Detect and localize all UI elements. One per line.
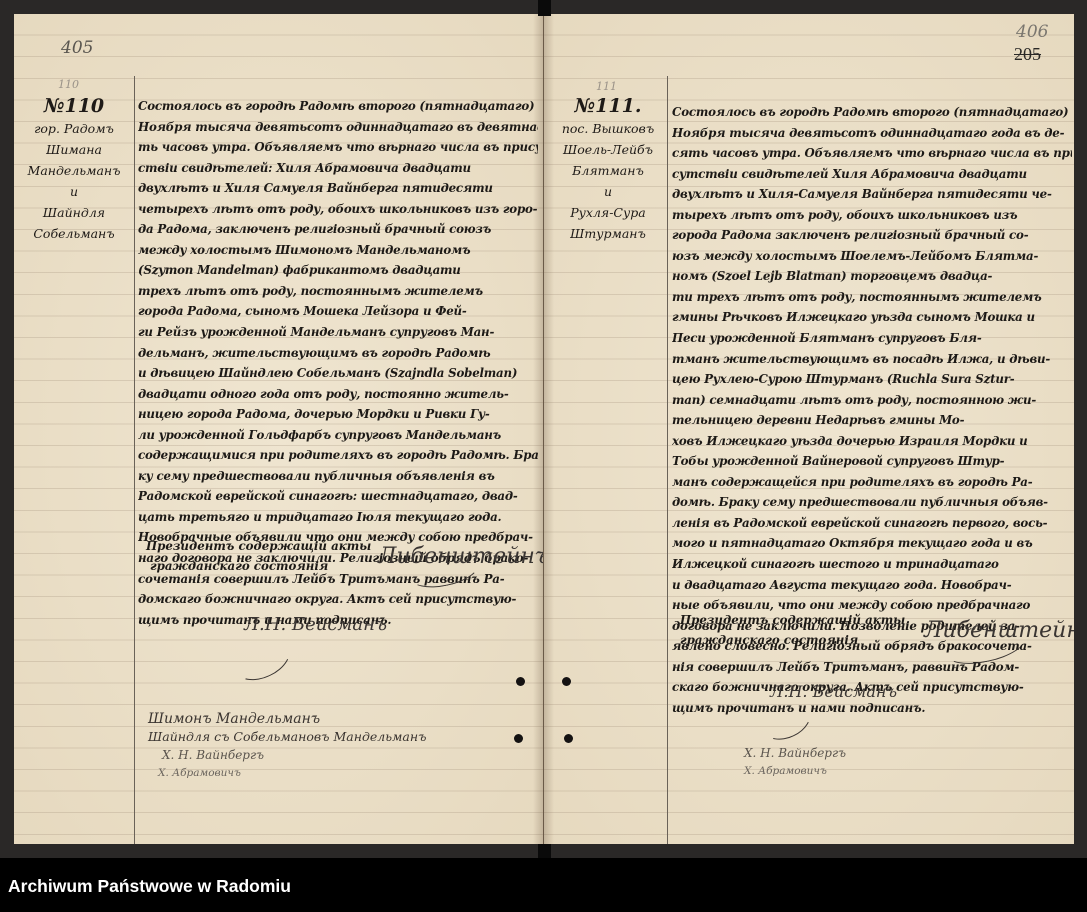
- text-line: тманъ жительствующимъ въ посадѣ Илжа, и …: [672, 349, 1072, 370]
- text-line: Песи урожденной Блятманъ супруговъ Бля-: [672, 328, 1072, 349]
- text-line: ти трехъ лѣтъ отъ роду, постояннымъ жите…: [672, 287, 1072, 308]
- entry-margin-note: №111. пос. Вышковъ Шоель-Лейбъ Блятманъ …: [552, 94, 664, 244]
- text-line: ку сему предшествовали публичныя объявле…: [138, 466, 538, 487]
- text-line: двадцати одного года отъ роду, постоянно…: [138, 384, 538, 405]
- document-scan-viewport: 405 110 №110 гор. Радомъ Шимана Мандельм…: [0, 0, 1087, 858]
- text-line: сять часовъ утра. Объявляемъ что вѣрнаго…: [672, 143, 1072, 164]
- caption-bar: Archiwum Państwowe w Radomiu: [0, 858, 1087, 912]
- registrar-label-line: Президентъ содержащій акты: [146, 536, 371, 556]
- text-line: да Радома, заключенъ религіозный брачный…: [138, 219, 538, 240]
- text-line: цать третьяго и тридцатаго Іюля текущаго…: [138, 507, 538, 528]
- margin-line: Мандельманъ: [18, 160, 130, 181]
- text-line: двухлѣтъ и Хиля-Самуеля Вайнберга пятиде…: [672, 184, 1072, 205]
- text-line: домскаго божничнаго округа. Актъ сей при…: [138, 589, 538, 610]
- text-line: Ноября тысяча девятьсотъ одиннадцатаго г…: [672, 123, 1072, 144]
- president-signature-text: Л.Н. Бейсманъ: [770, 682, 897, 701]
- text-line: дельманъ, жительствующимъ въ городѣ Радо…: [138, 343, 538, 364]
- witness-signature: Х. Абрамовичъ: [148, 764, 426, 782]
- party-signature: Шимонъ Мандельманъ: [148, 710, 426, 728]
- text-line: тырехъ лѣтъ отъ роду, обоихъ школьниковъ…: [672, 205, 1072, 226]
- gutter-notch: [538, 0, 551, 16]
- margin-line: Шимана: [18, 139, 130, 160]
- right-page: 406 205 111 №111. пос. Вышковъ Шоель-Лей…: [544, 14, 1074, 844]
- text-line: Радомской еврейской синагогѣ: шестнадцат…: [138, 486, 538, 507]
- left-page: 405 110 №110 гор. Радомъ Шимана Мандельм…: [14, 14, 544, 844]
- folio-number: 405: [61, 38, 93, 58]
- margin-line: Шайндля: [18, 202, 130, 223]
- party-signatures: Х. Н. Вайнбергъ Х. Абрамовичъ: [744, 744, 846, 780]
- margin-rule: [667, 76, 668, 844]
- rabbi-signature: Либенштейнъ: [924, 618, 1074, 643]
- binding-hole: [516, 677, 525, 686]
- margin-line: пос. Вышковъ: [552, 118, 664, 139]
- text-line: тельницею деревни Недарѣвъ гмины Мо-: [672, 410, 1072, 431]
- pencil-entry-number: 111: [596, 80, 617, 93]
- binding-hole: [562, 677, 571, 686]
- gutter-notch: [538, 844, 551, 858]
- binding-hole: [564, 734, 573, 743]
- text-line: ствіи свидѣтелей: Хиля Абрамовича двадца…: [138, 158, 538, 179]
- president-signature: Л.Н. Бейсманъ: [770, 682, 897, 701]
- registrar-label-line: Президентъ содержащій акты: [680, 610, 905, 630]
- registrar-label: Президентъ содержащій акты гражданскаго …: [146, 536, 371, 576]
- text-line: четырехъ лѣтъ отъ роду, обоихъ школьнико…: [138, 199, 538, 220]
- text-line: ленія въ Радомской еврейской синагогѣ пе…: [672, 513, 1072, 534]
- text-line: города Радома заключенъ религіозный брач…: [672, 225, 1072, 246]
- margin-line: и: [552, 181, 664, 202]
- entry-margin-note: №110 гор. Радомъ Шимана Мандельманъ и Ша…: [18, 94, 130, 244]
- text-line: Тобы урожденной Вайнеровой супруговъ Шту…: [672, 451, 1072, 472]
- text-line: содержащимися при родителяхъ въ городѣ Р…: [138, 445, 538, 466]
- registrar-label-line: гражданскаго состоянія: [146, 556, 371, 576]
- text-line: man) семнадцати лѣтъ отъ роду, постоянно…: [672, 390, 1072, 411]
- margin-line: Штурманъ: [552, 223, 664, 244]
- margin-rule: [134, 76, 135, 844]
- party-signatures: Шимонъ Мандельманъ Шайндля съ Собельмано…: [148, 710, 426, 782]
- president-signature-text: Л.Н. Бейсманъ: [244, 614, 387, 635]
- rabbi-signature: Либенштейнъ: [378, 544, 544, 569]
- pencil-entry-number: 110: [58, 78, 79, 91]
- text-line: домѣ. Браку сему предшествовали публичны…: [672, 492, 1072, 513]
- text-line: юзъ между холостымъ Шоелемъ-Лейбомъ Блят…: [672, 246, 1072, 267]
- text-line: гмины Рѣчковъ Илжецкаго уѣзда сыномъ Мош…: [672, 307, 1072, 328]
- margin-line: Шоель-Лейбъ: [552, 139, 664, 160]
- text-line: и двадцатаго Августа текущаго года. Ново…: [672, 575, 1072, 596]
- text-line: цею Рухлею-Сурою Штурманъ (Ruchla Sura S…: [672, 369, 1072, 390]
- text-line: города Радома, сыномъ Мошека Лейзора и Ф…: [138, 301, 538, 322]
- text-line: манъ содержащейся при родителяхъ въ горо…: [672, 472, 1072, 493]
- text-line: Илжецкой синагогѣ шестого и тринадцатаго: [672, 554, 1072, 575]
- text-line: ги Рейзъ урожденной Мандельманъ супругов…: [138, 322, 538, 343]
- text-line: двухлѣтъ и Хиля Самуеля Вайнберга пятиде…: [138, 178, 538, 199]
- printed-folio-number: 205: [1014, 44, 1041, 65]
- registrar-label-line: гражданскаго состоянія: [680, 630, 905, 650]
- text-line: ницею города Радома, дочерью Мордки и Ри…: [138, 404, 538, 425]
- witness-signature: Х. Н. Вайнбергъ: [744, 744, 846, 762]
- text-line: и дѣвицею Шайндлею Собельманъ (Szajndla …: [138, 363, 538, 384]
- margin-line: и: [18, 181, 130, 202]
- text-line: сутствіи свидѣтелей Хиля Абрамовича двад…: [672, 164, 1072, 185]
- witness-signature: Х. Абрамовичъ: [744, 762, 846, 780]
- entry-number: №110: [18, 94, 130, 118]
- witness-signature: Х. Н. Вайнбергъ: [148, 746, 426, 764]
- text-line: ховъ Илжецкаго уѣзда дочерью Израиля Мор…: [672, 431, 1072, 452]
- text-line: (Szymon Mandelman) фабрикантомъ двадцати: [138, 260, 538, 281]
- text-line: Состоялось въ городѣ Радомѣ второго (пят…: [672, 102, 1072, 123]
- margin-line: Собельманъ: [18, 223, 130, 244]
- registrar-label: Президентъ содержащій акты гражданскаго …: [680, 610, 905, 650]
- margin-line: Блятманъ: [552, 160, 664, 181]
- text-line: ли урожденной Гольдфарбъ супруговъ Манде…: [138, 425, 538, 446]
- entry-number: №111.: [552, 94, 664, 118]
- text-line: Ноября тысяча девятьсотъ одиннадцатаго в…: [138, 117, 538, 138]
- binding-hole: [514, 734, 523, 743]
- text-line: номъ (Szoel Lejb Blatman) торговцемъ два…: [672, 266, 1072, 287]
- text-line: между холостымъ Шимономъ Мандельманомъ: [138, 240, 538, 261]
- margin-line: гор. Радомъ: [18, 118, 130, 139]
- margin-line: Рухля-Сура: [552, 202, 664, 223]
- president-signature: Л.Н. Бейсманъ: [244, 614, 387, 635]
- party-signature: Шайндля съ Собельмановъ Мандельманъ: [148, 728, 426, 746]
- text-line: нія совершилъ Лейбъ Тритъманъ, раввинъ Р…: [672, 657, 1072, 678]
- archive-caption: Archiwum Państwowe w Radomiu: [8, 876, 291, 897]
- text-line: трехъ лѣтъ отъ роду, постояннымъ жителем…: [138, 281, 538, 302]
- text-line: мого и пятнадцатаго Октября текущаго год…: [672, 533, 1072, 554]
- text-line: ть часовъ утра. Объявляемъ что вѣрнаго ч…: [138, 137, 538, 158]
- folio-number: 406: [1016, 22, 1048, 42]
- text-line: Состоялось въ городѣ Радомѣ второго (пят…: [138, 96, 538, 117]
